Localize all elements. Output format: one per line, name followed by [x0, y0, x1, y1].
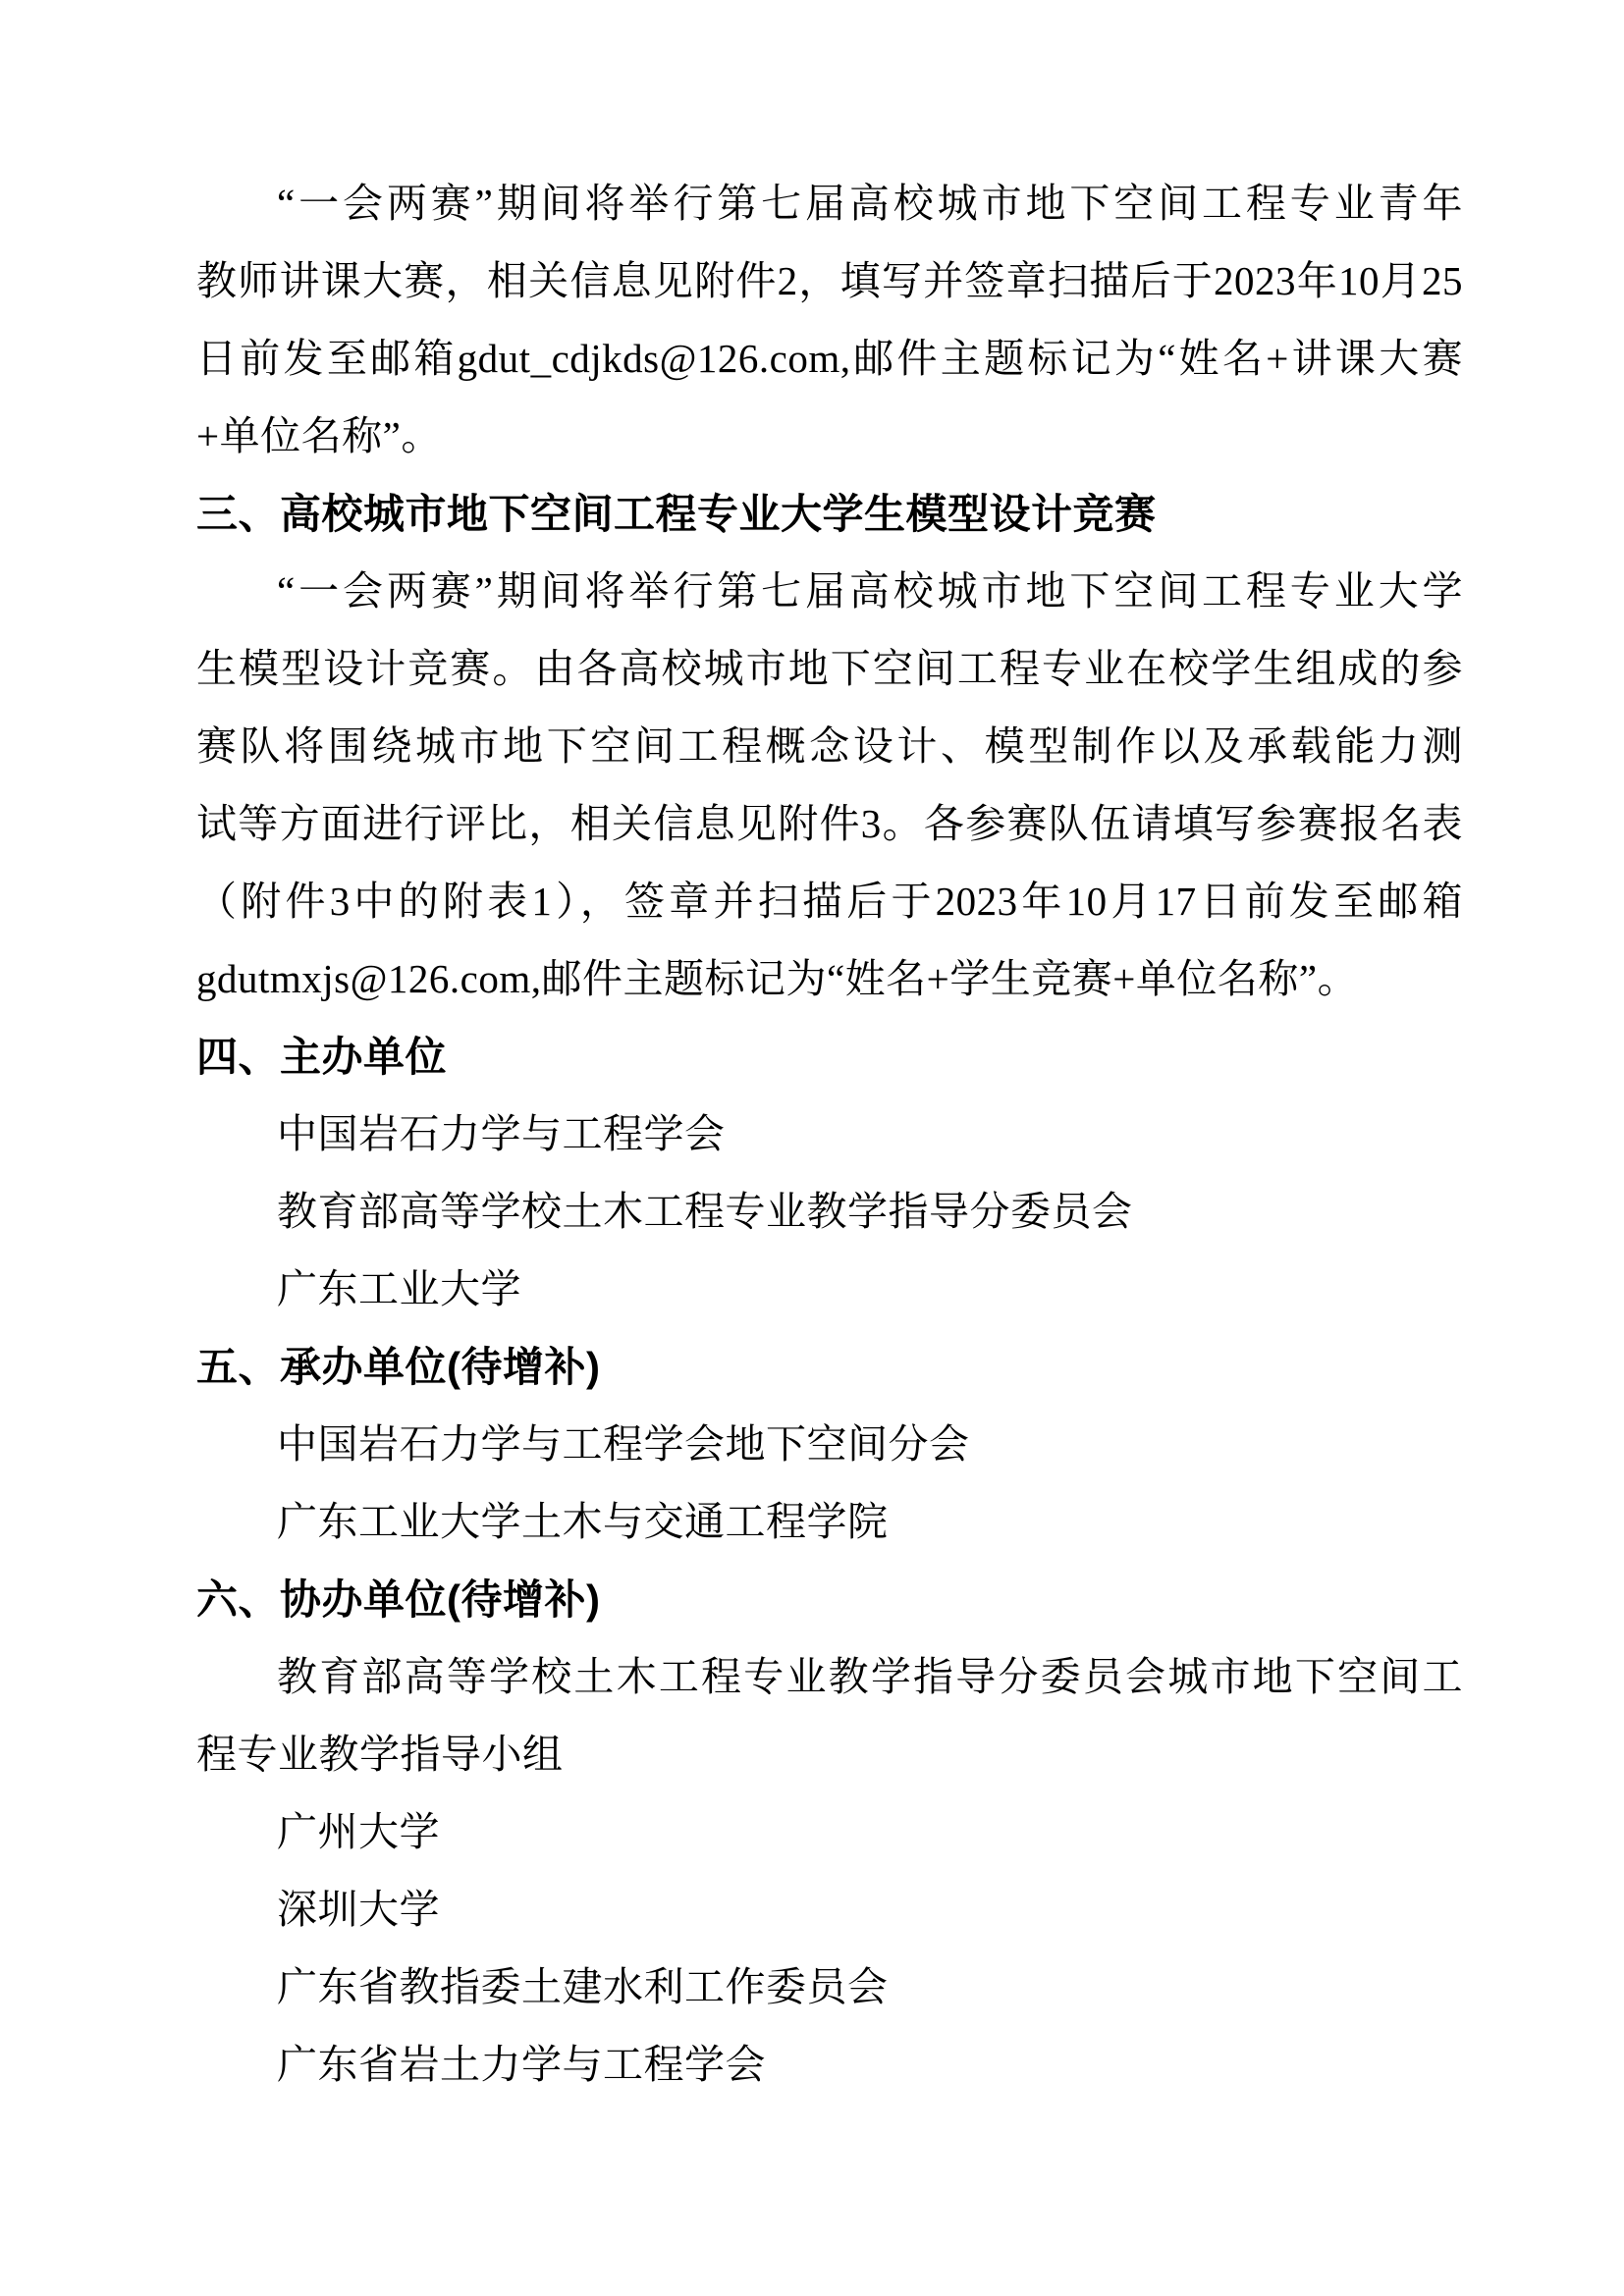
student-model-design-contest-paragraph-line: （附件3中的附表1），签章并扫描后于2023年10月17日前发至邮箱: [196, 863, 1463, 940]
co-organizer-steering-group-paragraph-line: 程专业教学指导小组: [196, 1716, 1463, 1793]
host-organizations-list-line: 中国岩石力学与工程学会: [196, 1095, 1463, 1173]
host-organizations-list-line: 教育部高等学校土木工程专业教学指导分委员会: [196, 1173, 1463, 1251]
section-heading-3: 三、高校城市地下空间工程专业大学生模型设计竞赛: [196, 475, 1463, 553]
document-page: “一会两赛”期间将举行第七届高校城市地下空间工程专业青年教师讲课大赛，相关信息见…: [0, 0, 1624, 2296]
teacher-lecture-contest-paragraph-line: “一会两赛”期间将举行第七届高校城市地下空间工程专业青年: [196, 165, 1463, 242]
student-model-design-contest-paragraph-line: 试等方面进行评比，相关信息见附件3。各参赛队伍请填写参赛报名表: [196, 785, 1463, 863]
student-model-design-contest-paragraph-line: gdutmxjs@126.com,邮件主题标记为“姓名+学生竞赛+单位名称”。: [196, 940, 1463, 1018]
document-content: “一会两赛”期间将举行第七届高校城市地下空间工程专业青年教师讲课大赛，相关信息见…: [196, 165, 1463, 2104]
co-organizer-steering-group-paragraph-line: 教育部高等学校土木工程专业教学指导分委员会城市地下空间工: [196, 1638, 1463, 1716]
teacher-lecture-contest-paragraph-line: 日前发至邮箱gdut_cdjkds@126.com,邮件主题标记为“姓名+讲课大…: [196, 320, 1463, 398]
co-organizer-list-line: 深圳大学: [196, 1871, 1463, 1949]
co-organizer-list-line: 广东省岩土力学与工程学会: [196, 2026, 1463, 2104]
co-organizer-list-line: 广州大学: [196, 1793, 1463, 1871]
undertaking-organizations-list-line: 广东工业大学土木与交通工程学院: [196, 1483, 1463, 1561]
student-model-design-contest-paragraph-line: 赛队将围绕城市地下空间工程概念设计、模型制作以及承载能力测: [196, 708, 1463, 785]
section-heading-5: 五、承办单位(待增补): [196, 1328, 1463, 1406]
section-heading-4: 四、主办单位: [196, 1018, 1463, 1095]
section-heading-6: 六、协办单位(待增补): [196, 1561, 1463, 1638]
teacher-lecture-contest-paragraph-line: +单位名称”。: [196, 398, 1463, 475]
student-model-design-contest-paragraph-line: “一会两赛”期间将举行第七届高校城市地下空间工程专业大学: [196, 553, 1463, 630]
student-model-design-contest-paragraph-line: 生模型设计竞赛。由各高校城市地下空间工程专业在校学生组成的参: [196, 630, 1463, 708]
undertaking-organizations-list-line: 中国岩石力学与工程学会地下空间分会: [196, 1406, 1463, 1483]
co-organizer-list-line: 广东省教指委土建水利工作委员会: [196, 1949, 1463, 2026]
teacher-lecture-contest-paragraph-line: 教师讲课大赛，相关信息见附件2，填写并签章扫描后于2023年10月25: [196, 242, 1463, 320]
host-organizations-list-line: 广东工业大学: [196, 1251, 1463, 1328]
